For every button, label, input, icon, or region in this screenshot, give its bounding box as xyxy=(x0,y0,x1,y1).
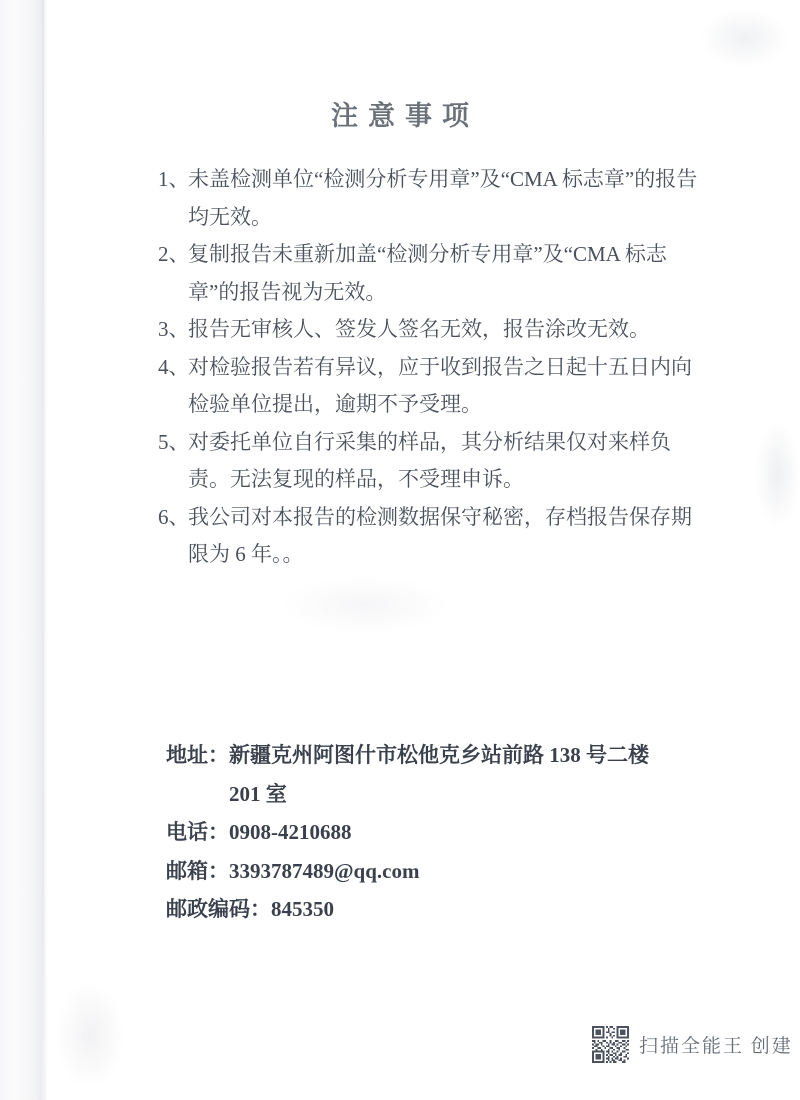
notes-list: 1、未盖检测单位“检测分析专用章”及“CMA 标志章”的报告均无效。 2、复制报… xyxy=(158,161,710,574)
address-line-1: 新疆克州阿图什市松他克乡站前路 138 号二楼 xyxy=(229,736,726,775)
note-text: 对检验报告若有异议，应于收到报告之日起十五日内向检验单位提出，逾期不予受理。 xyxy=(188,355,692,417)
address-label: 地址： xyxy=(166,736,229,775)
page-title: 注意事项 xyxy=(0,94,800,133)
scan-smudge xyxy=(280,575,450,635)
scanner-watermark-label: 扫描全能王 创建 xyxy=(639,1031,793,1058)
note-number: 1、 xyxy=(158,161,188,199)
address-row: 地址： 新疆克州阿图什市松他克乡站前路 138 号二楼 201 室 xyxy=(166,736,726,813)
note-item-4: 4、对检验报告若有异议，应于收到报告之日起十五日内向检验单位提出，逾期不予受理。 xyxy=(158,349,710,424)
postal-row: 邮政编码： 845350 xyxy=(166,890,726,929)
scan-smudge xyxy=(700,8,790,68)
note-item-5: 5、对委托单位自行采集的样品，其分析结果仅对来样负责。无法复现的样品，不受理申诉… xyxy=(158,424,710,499)
scan-smudge xyxy=(55,980,125,1090)
note-number: 6、 xyxy=(158,499,188,537)
scan-paper-edge-line xyxy=(42,0,44,1100)
address-line-2: 201 室 xyxy=(229,775,726,814)
note-item-3: 3、报告无审核人、签发人签名无效，报告涂改无效。 xyxy=(158,311,710,349)
note-item-6: 6、我公司对本报告的检测数据保守秘密，存档报告保存期限为 6 年。。 xyxy=(158,499,710,574)
phone-label: 电话： xyxy=(166,813,229,852)
note-text: 报告无审核人、签发人签名无效，报告涂改无效。 xyxy=(188,317,650,341)
qr-code-icon xyxy=(592,1026,629,1063)
note-text: 复制报告未重新加盖“检测分析专用章”及“CMA 标志章”的报告视为无效。 xyxy=(188,242,667,304)
scan-smudge xyxy=(755,420,800,530)
scan-edge-shadow xyxy=(0,0,48,1100)
postal-code-value: 845350 xyxy=(271,890,726,929)
note-text: 我公司对本报告的检测数据保守秘密，存档报告保存期限为 6 年。。 xyxy=(188,505,692,567)
contact-block: 地址： 新疆克州阿图什市松他克乡站前路 138 号二楼 201 室 电话： 09… xyxy=(166,736,726,929)
note-number: 4、 xyxy=(158,349,188,387)
note-item-1: 1、未盖检测单位“检测分析专用章”及“CMA 标志章”的报告均无效。 xyxy=(158,161,710,236)
note-number: 3、 xyxy=(158,311,188,349)
scanned-document-page: 注意事项 1、未盖检测单位“检测分析专用章”及“CMA 标志章”的报告均无效。 … xyxy=(0,0,800,1100)
email-value: 3393787489@qq.com xyxy=(229,852,726,891)
note-number: 5、 xyxy=(158,424,188,462)
scanner-watermark: 扫描全能王 创建 xyxy=(592,1026,793,1063)
email-row: 邮箱： 3393787489@qq.com xyxy=(166,852,726,891)
postal-code-label: 邮政编码： xyxy=(166,890,271,929)
email-label: 邮箱： xyxy=(166,852,229,891)
note-item-2: 2、复制报告未重新加盖“检测分析专用章”及“CMA 标志章”的报告视为无效。 xyxy=(158,236,710,311)
phone-value: 0908-4210688 xyxy=(229,813,726,852)
note-text: 对委托单位自行采集的样品，其分析结果仅对来样负责。无法复现的样品，不受理申诉。 xyxy=(188,430,671,492)
phone-row: 电话： 0908-4210688 xyxy=(166,813,726,852)
note-text: 未盖检测单位“检测分析专用章”及“CMA 标志章”的报告均无效。 xyxy=(188,167,697,229)
address-value: 新疆克州阿图什市松他克乡站前路 138 号二楼 201 室 xyxy=(229,736,726,813)
note-number: 2、 xyxy=(158,236,188,274)
